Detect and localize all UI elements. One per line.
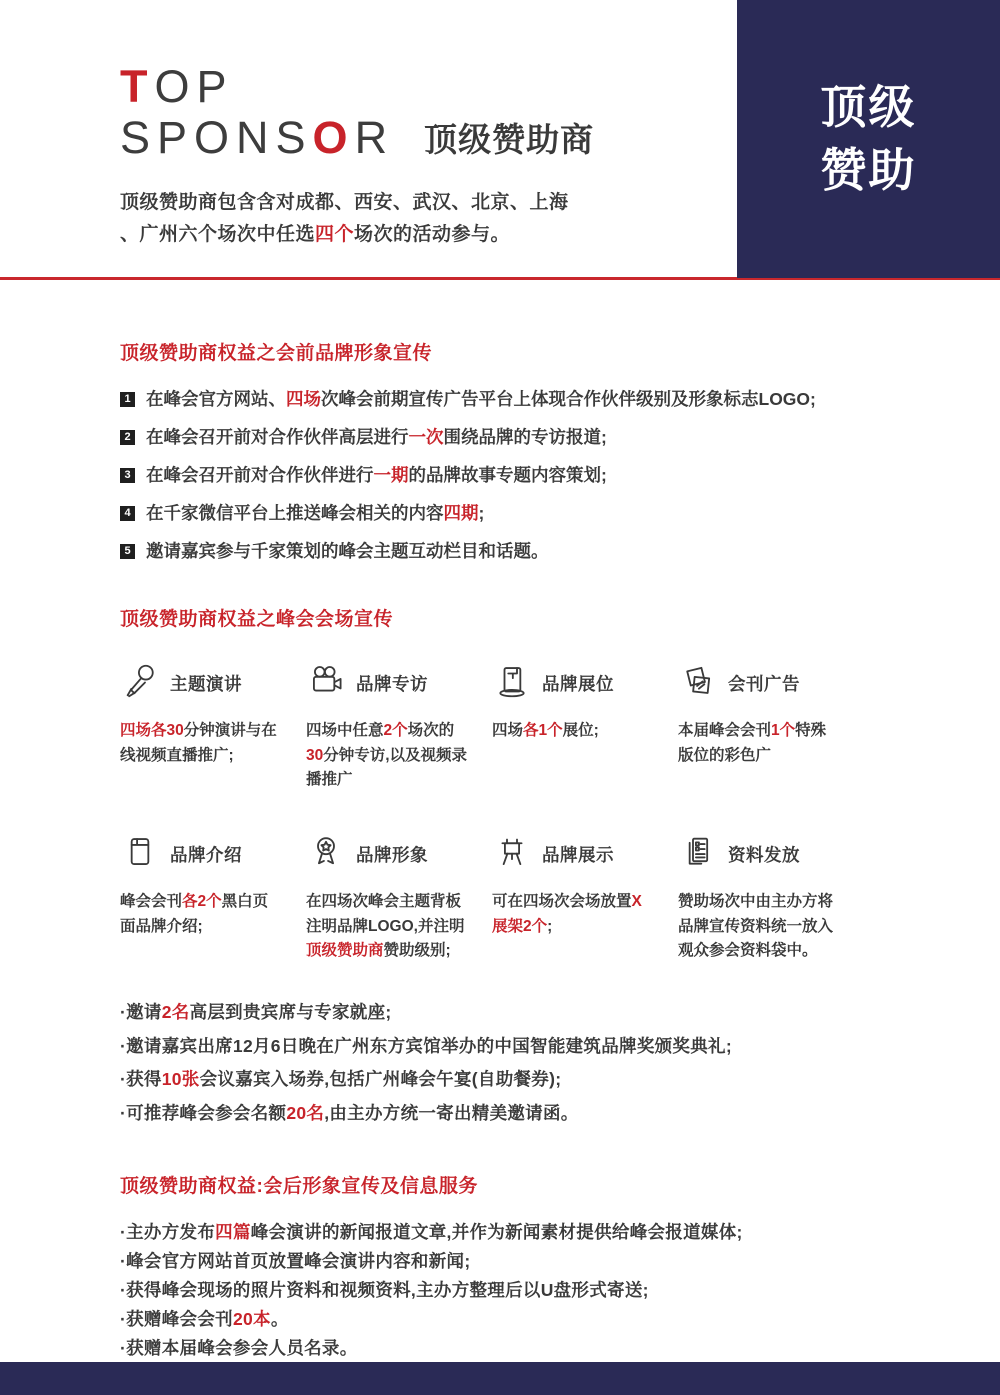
list-item-text: 在峰会官方网站、四场次峰会前期宣传广告平台上体现合作伙伴级别及形象标志LOGO;: [146, 389, 816, 410]
top-sponsor-logo: TOP SPONSOR: [120, 62, 394, 164]
section-pre-event: 顶级赞助商权益之会前品牌形象宣传 1 在峰会官方网站、四场次峰会前期宣传广告平台…: [120, 338, 908, 562]
logo-line-top: TOP: [120, 62, 394, 113]
benefit-label: 会刊广告: [728, 671, 800, 696]
item-number-badge: 5: [120, 544, 135, 559]
item-number-badge: 4: [120, 506, 135, 521]
section-heading-venue: 顶级赞助商权益之峰会会场宣传: [120, 604, 908, 631]
item-number-badge: 3: [120, 468, 135, 483]
list-item: 3 在峰会召开前对合作伙伴进行一期的品牌故事专题内容策划;: [120, 465, 908, 486]
benefit-desc: 四场中任意2个场次的30分钟专访,以及视频录播推广: [306, 719, 469, 792]
benefit-keynote: 主题演讲 四场各30分钟演讲与在线视频直播推广;: [120, 661, 306, 792]
benefit-label: 资料发放: [728, 842, 800, 867]
benefit-brand-intro: 品牌介绍 峰会会刊各2个黑白页面品牌介绍;: [120, 832, 306, 963]
list-item: 4 在千家微信平台上推送峰会相关的内容四期;: [120, 503, 908, 524]
benefit-desc: 在四场次峰会主题背板注明品牌LOGO,并注明顶级赞助商赞助级别;: [306, 890, 469, 963]
benefit-desc: 四场各1个展位;: [492, 719, 655, 743]
journal-ad-icon: [678, 661, 718, 706]
benefit-grid: 主题演讲 四场各30分钟演讲与在线视频直播推广; 品牌专访 四场中任意2个场次的…: [120, 661, 908, 964]
bullet-line: ·邀请嘉宾出席12月6日晚在广州东方宾馆举办的中国智能建筑品牌奖颁奖典礼;: [120, 1030, 908, 1064]
award-badge-icon: [306, 832, 346, 877]
top-sponsor-corner-badge: 顶级 赞助: [737, 0, 1000, 278]
page-title: 顶级赞助商: [424, 114, 594, 161]
post-event-bullets: ·主办方发布四篇峰会演讲的新闻报道文章,并作为新闻素材提供给峰会报道媒体; ·峰…: [120, 1218, 908, 1363]
brochure-icon: [120, 832, 160, 877]
bullet-line: ·峰会官方网站首页放置峰会演讲内容和新闻;: [120, 1247, 908, 1276]
benefit-desc: 赞助场次中由主办方将品牌宣传资料统一放入观众参会资料袋中。: [678, 890, 841, 963]
list-item: 2 在峰会召开前对合作伙伴高层进行一次围绕品牌的专访报道;: [120, 427, 908, 448]
bullet-line: ·获得10张会议嘉宾入场券,包括广州峰会午宴(自助餐券);: [120, 1063, 908, 1097]
badge-line-1: 顶级: [821, 76, 917, 139]
badge-line-2: 赞助: [821, 139, 917, 202]
bullet-line: ·获得峰会现场的照片资料和视频资料,主办方整理后以U盘形式寄送;: [120, 1276, 908, 1305]
benefit-desc: 可在四场次会场放置X展架2个;: [492, 890, 655, 939]
footer-bar: [0, 1362, 1000, 1395]
benefit-label: 品牌展示: [542, 842, 614, 867]
benefit-desc: 本届峰会会刊1个特殊版位的彩色广: [678, 719, 841, 768]
benefit-label: 品牌形象: [356, 842, 428, 867]
benefit-brand-display: 品牌展示 可在四场次会场放置X展架2个;: [492, 832, 678, 963]
list-item-text: 在峰会召开前对合作伙伴高层进行一次围绕品牌的专访报道;: [146, 427, 607, 448]
section-venue: 顶级赞助商权益之峰会会场宣传 主题演讲 四场各30分钟演讲与在线视频直播推广;: [120, 604, 908, 1131]
benefit-label: 品牌展位: [542, 671, 614, 696]
benefit-booth: 品牌展位 四场各1个展位;: [492, 661, 678, 792]
benefit-label: 品牌专访: [356, 671, 428, 696]
benefit-label: 品牌介绍: [170, 842, 242, 867]
logo-line-sponsor: SPONSOR: [120, 113, 394, 164]
bullet-line: ·邀请2名高层到贵宾席与专家就座;: [120, 996, 908, 1030]
benefit-brand-image: 品牌形象 在四场次峰会主题背板注明品牌LOGO,并注明顶级赞助商赞助级别;: [306, 832, 492, 963]
bullet-line: ·获赠峰会会刊20本。: [120, 1305, 908, 1334]
easel-icon: [492, 832, 532, 877]
list-item-text: 在峰会召开前对合作伙伴进行一期的品牌故事专题内容策划;: [146, 465, 607, 486]
list-item: 5 邀请嘉宾参与千家策划的峰会主题互动栏目和话题。: [120, 541, 908, 562]
numbered-benefit-list: 1 在峰会官方网站、四场次峰会前期宣传广告平台上体现合作伙伴级别及形象标志LOG…: [120, 389, 908, 562]
benefit-materials: 资料发放 赞助场次中由主办方将品牌宣传资料统一放入观众参会资料袋中。: [678, 832, 864, 963]
list-item: 1 在峰会官方网站、四场次峰会前期宣传广告平台上体现合作伙伴级别及形象标志LOG…: [120, 389, 908, 410]
bullet-line: ·获赠本届峰会参会人员名录。: [120, 1334, 908, 1363]
bullet-line: ·可推荐峰会参会名额20名,由主办方统一寄出精美邀请函。: [120, 1097, 908, 1131]
bullet-line: ·主办方发布四篇峰会演讲的新闻报道文章,并作为新闻素材提供给峰会报道媒体;: [120, 1218, 908, 1247]
item-number-badge: 2: [120, 430, 135, 445]
handout-icon: [678, 832, 718, 877]
list-item-text: 在千家微信平台上推送峰会相关的内容四期;: [146, 503, 484, 524]
section-heading-pre-event: 顶级赞助商权益之会前品牌形象宣传: [120, 338, 908, 365]
section-heading-post-event: 顶级赞助商权益:会后形象宣传及信息服务: [120, 1171, 908, 1198]
section-post-event: 顶级赞助商权益:会后形象宣传及信息服务 ·主办方发布四篇峰会演讲的新闻报道文章,…: [120, 1171, 908, 1363]
item-number-badge: 1: [120, 392, 135, 407]
benefit-interview: 品牌专访 四场中任意2个场次的30分钟专访,以及视频录播推广: [306, 661, 492, 792]
list-item-text: 邀请嘉宾参与千家策划的峰会主题互动栏目和话题。: [146, 541, 549, 562]
benefit-journal-ad: 会刊广告 本届峰会会刊1个特殊版位的彩色广: [678, 661, 864, 792]
benefit-label: 主题演讲: [170, 671, 242, 696]
microphone-icon: [120, 661, 160, 706]
benefit-desc: 四场各30分钟演讲与在线视频直播推广;: [120, 719, 283, 768]
booth-icon: [492, 661, 532, 706]
benefit-desc: 峰会会刊各2个黑白页面品牌介绍;: [120, 890, 283, 939]
venue-extra-bullets: ·邀请2名高层到贵宾席与专家就座; ·邀请嘉宾出席12月6日晚在广州东方宾馆举办…: [120, 996, 908, 1131]
video-camera-icon: [306, 661, 346, 706]
